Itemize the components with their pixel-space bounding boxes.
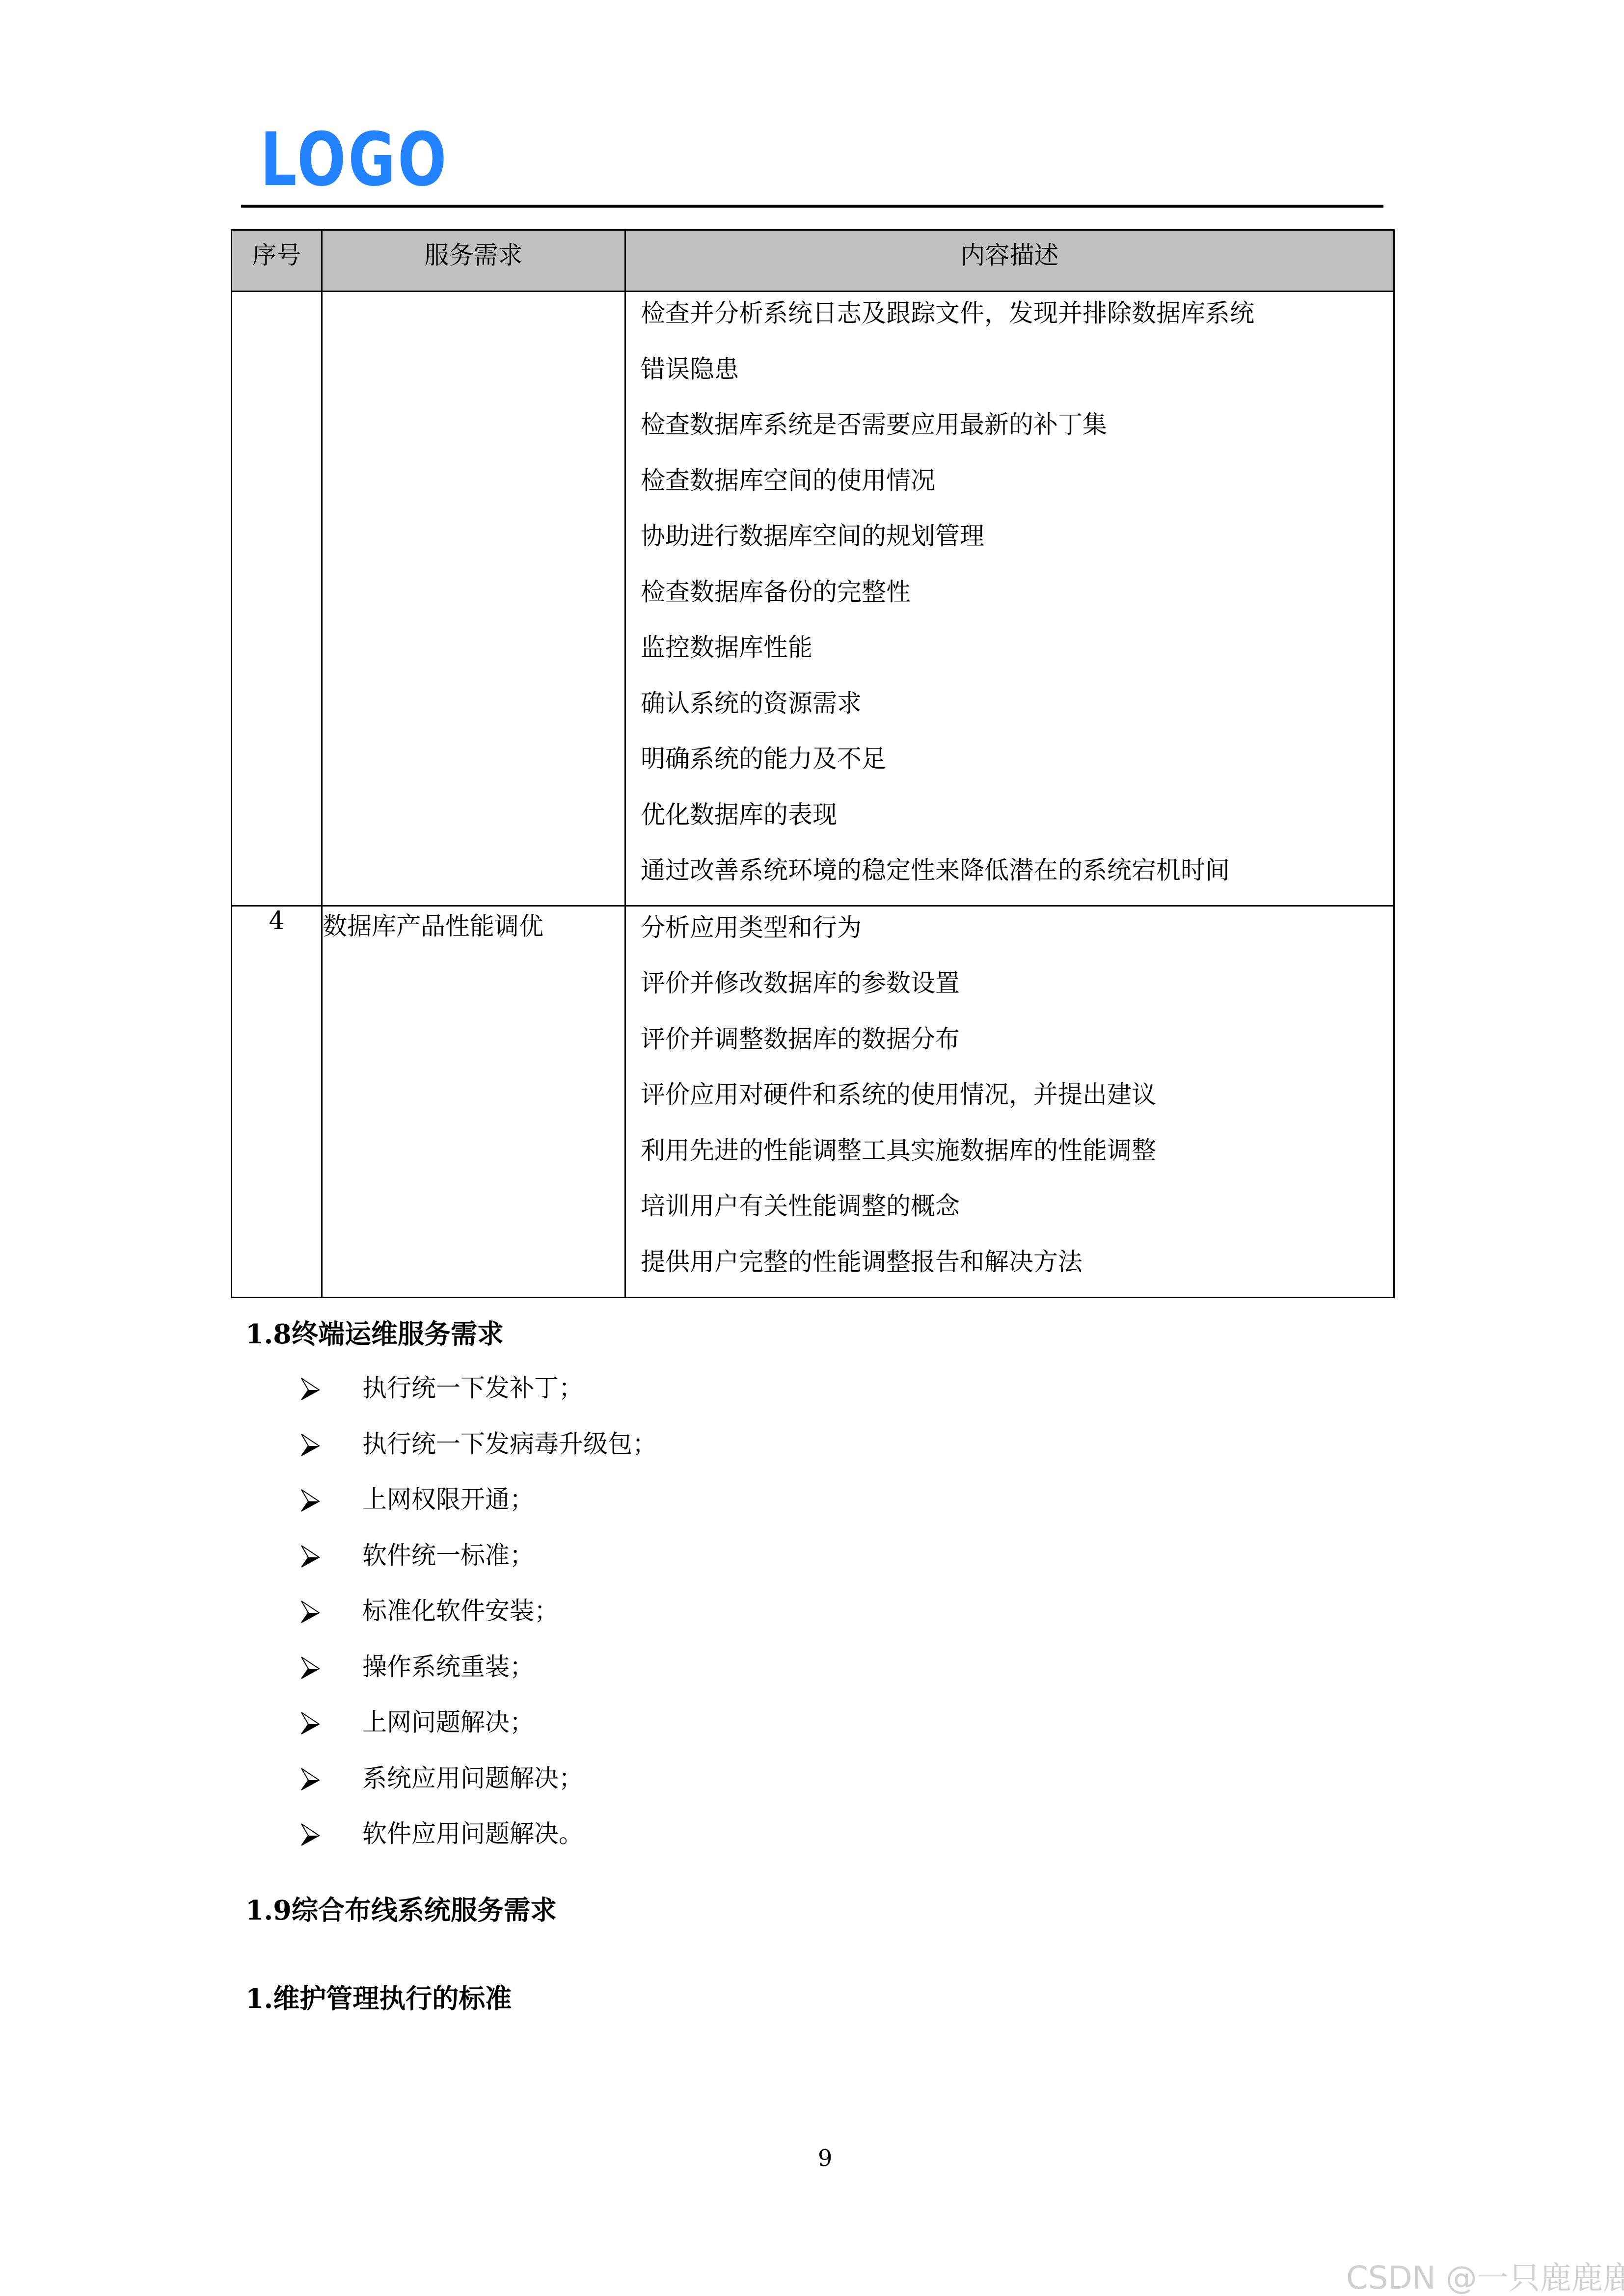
arrow-bullet-icon xyxy=(300,1599,320,1624)
list-item: 标准化软件安装； xyxy=(300,1596,657,1652)
service-requirements-table: 序号 服务需求 内容描述 检查并分析系统日志及跟踪文件，发现并排除数据库系统 错… xyxy=(231,229,1395,1298)
watermark: CSDN @一只鹿鹿鹿 xyxy=(1346,2253,1624,2296)
section-heading-1-8: 1.8终端运维服务需求 xyxy=(245,1319,504,1349)
column-header-number: 序号 xyxy=(232,230,322,292)
description-line: 监控数据库性能 xyxy=(626,626,1393,682)
description-line: 通过改善系统环境的稳定性来降低潜在的系统宕机时间 xyxy=(626,849,1393,905)
arrow-bullet-icon xyxy=(300,1710,320,1735)
arrow-bullet-icon xyxy=(300,1766,320,1791)
list-item: 操作系统重装； xyxy=(300,1652,657,1708)
description-line: 优化数据库的表现 xyxy=(626,794,1393,850)
description-line: 分析应用类型和行为 xyxy=(626,907,1393,962)
subheading-maintenance-standard: 1.维护管理执行的标准 xyxy=(245,1984,512,2013)
description-line: 明确系统的能力及不足 xyxy=(626,738,1393,794)
list-item: 上网权限开通； xyxy=(300,1485,657,1541)
row-number-cell: 4 xyxy=(232,906,322,1297)
description-line: 利用先进的性能调整工具实施数据库的性能调整 xyxy=(626,1129,1393,1185)
list-item-text: 执行统一下发病毒升级包； xyxy=(362,1429,657,1459)
list-item-text: 上网权限开通； xyxy=(362,1485,534,1514)
arrow-bullet-icon xyxy=(300,1655,320,1680)
row-description-cell: 检查并分析系统日志及跟踪文件，发现并排除数据库系统 错误隐患 检查数据库系统是否… xyxy=(625,292,1394,906)
list-item: 上网问题解决； xyxy=(300,1708,657,1763)
table-row: 4 数据库产品性能调优 分析应用类型和行为 评价并修改数据库的参数设置 评价并调… xyxy=(232,906,1394,1297)
description-line: 检查数据库空间的使用情况 xyxy=(626,459,1393,515)
description-line: 错误隐患 xyxy=(626,348,1393,404)
list-item: 软件统一标准； xyxy=(300,1541,657,1597)
description-line: 评价并修改数据库的参数设置 xyxy=(626,962,1393,1018)
description-line: 评价并调整数据库的数据分布 xyxy=(626,1018,1393,1074)
company-logo: LOGO xyxy=(260,132,449,188)
table-header-row: 序号 服务需求 内容描述 xyxy=(232,230,1394,292)
header-divider xyxy=(241,205,1383,208)
list-item-text: 系统应用问题解决； xyxy=(362,1763,583,1793)
terminal-ops-bullet-list: 执行统一下发补丁； 执行统一下发病毒升级包； 上网权限开通； 软件统一标准； 标… xyxy=(300,1373,657,1875)
description-line: 提供用户完整的性能调整报告和解决方法 xyxy=(626,1241,1393,1297)
page-number: 9 xyxy=(818,2145,832,2171)
arrow-bullet-icon xyxy=(300,1376,320,1401)
column-header-service: 服务需求 xyxy=(322,230,625,292)
description-line: 评价应用对硬件和系统的使用情况，并提出建议 xyxy=(626,1073,1393,1129)
column-header-description: 内容描述 xyxy=(625,230,1394,292)
description-line: 协助进行数据库空间的规划管理 xyxy=(626,515,1393,571)
list-item: 执行统一下发补丁； xyxy=(300,1373,657,1429)
list-item: 执行统一下发病毒升级包； xyxy=(300,1429,657,1485)
list-item-text: 标准化软件安装； xyxy=(362,1596,559,1626)
row-service-cell: 数据库产品性能调优 xyxy=(322,906,625,1297)
description-line: 检查数据库备份的完整性 xyxy=(626,571,1393,627)
list-item-text: 上网问题解决； xyxy=(362,1708,534,1737)
section-heading-1-9: 1.9综合布线系统服务需求 xyxy=(245,1896,557,1925)
list-item-text: 软件应用问题解决。 xyxy=(362,1819,583,1848)
list-item-text: 软件统一标准； xyxy=(362,1541,534,1570)
list-item: 软件应用问题解决。 xyxy=(300,1819,657,1875)
list-item-text: 操作系统重装； xyxy=(362,1652,534,1682)
row-service-cell xyxy=(322,292,625,906)
description-line: 培训用户有关性能调整的概念 xyxy=(626,1185,1393,1241)
arrow-bullet-icon xyxy=(300,1488,320,1512)
row-description-cell: 分析应用类型和行为 评价并修改数据库的参数设置 评价并调整数据库的数据分布 评价… xyxy=(625,906,1394,1297)
arrow-bullet-icon xyxy=(300,1822,320,1846)
arrow-bullet-icon xyxy=(300,1544,320,1568)
row-number-cell xyxy=(232,292,322,906)
description-line: 检查数据库系统是否需要应用最新的补丁集 xyxy=(626,403,1393,459)
list-item: 系统应用问题解决； xyxy=(300,1763,657,1819)
description-line: 确认系统的资源需求 xyxy=(626,682,1393,738)
table-row: 检查并分析系统日志及跟踪文件，发现并排除数据库系统 错误隐患 检查数据库系统是否… xyxy=(232,292,1394,906)
arrow-bullet-icon xyxy=(300,1432,320,1457)
list-item-text: 执行统一下发补丁； xyxy=(362,1373,583,1403)
description-line: 检查并分析系统日志及跟踪文件，发现并排除数据库系统 xyxy=(626,292,1393,348)
